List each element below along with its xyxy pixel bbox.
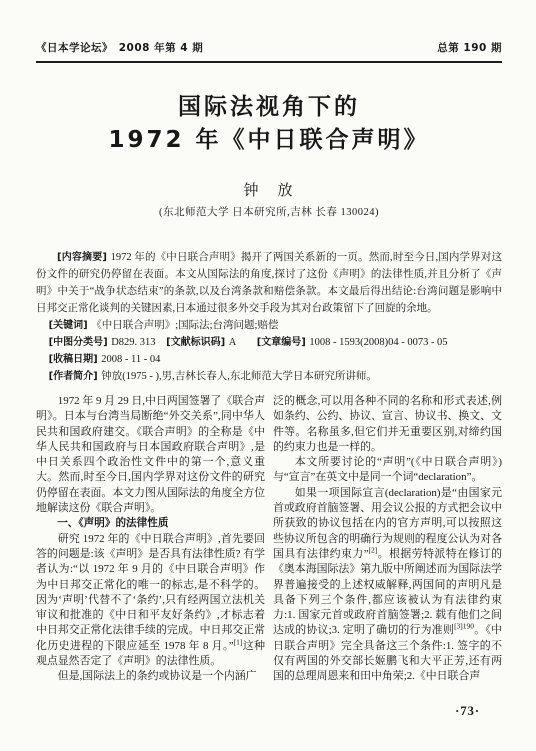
article-body: 1972 年 9 月 29 日,中日两国签署了《联合声明》。日本与台湾当局断绝“…: [36, 394, 502, 685]
field-label: [文章编号]: [257, 337, 310, 348]
body-left-column: 1972 年 9 月 29 日,中日两国签署了《联合声明》。日本与台湾当局断绝“…: [36, 394, 265, 685]
text-run: 《中日联合声明》;国际法;台湾问题;赔偿: [91, 320, 278, 331]
text-run: 本文所要讨论的“声明”(《中日联合声明》)与“宣言”在英文中是同一个词“decl…: [273, 456, 502, 483]
classification-line: [中图分类号] D829. 313 [文献标识码] A [文章编号] 1008 …: [36, 334, 502, 351]
field-label: [收稿日期]: [49, 354, 102, 365]
text-run: 研究 1972 年的《中日联合声明》,首先要回答的问题是:该《声明》是否具有法律…: [36, 533, 265, 652]
body-paragraph: 泛的概念,可以用各种不同的名称和形式表述,例如条约、公约、协议、宣言、协议书、换…: [273, 394, 502, 455]
body-paragraph: 如果一项国际宣言(declaration)是“由国家元首或政府首脑签署、用会议公…: [273, 486, 502, 685]
author-bio-line: [作者简介] 钟放(1975 - ),男,吉林长春人,东北师范大学日本研究所讲师…: [36, 368, 502, 385]
footnote-ref: [2]: [369, 545, 378, 554]
section-heading: 一、《声明》的法律性质: [36, 516, 265, 531]
body-paragraph: 但是,国际法上的条约或协议是一个内涵广: [36, 669, 265, 684]
issue-total-number: 总第 190 期: [437, 42, 502, 55]
received-date-line: [收稿日期] 2008 - 11 - 04: [36, 351, 502, 368]
journal-header: 《日本学论坛》 2008 年第 4 期 总第 190 期: [36, 42, 502, 55]
footnote-ref: [3]190: [454, 622, 474, 631]
title-line-2: 1972 年《中日联合声明》: [36, 124, 502, 157]
abstract-block: [内容摘要] 1972 年的《中日联合声明》揭开了两国关系新的一页。然而,时至今…: [36, 249, 502, 385]
header-divider: [36, 61, 502, 63]
field-label: [文献标识码]: [166, 337, 229, 348]
body-paragraph: 1972 年 9 月 29 日,中日两国签署了《联合声明》。日本与台湾当局断绝“…: [36, 394, 265, 516]
author-name: 钟 放: [36, 181, 502, 201]
text-run: 但是,国际法上的条约或协议是一个内涵广: [58, 670, 257, 682]
text-run: 一、《声明》的法律性质: [57, 517, 168, 529]
text-run: 钟放(1975 - ),男,吉林长春人,东北师范大学日本研究所讲师。: [101, 371, 377, 382]
field-label: [作者简介]: [49, 371, 102, 382]
abstract-line: [内容摘要] 1972 年的《中日联合声明》揭开了两国关系新的一页。然而,时至今…: [36, 249, 502, 317]
text-run: 2008 - 11 - 04: [101, 354, 160, 365]
text-run: 泛的概念,可以用各种不同的名称和形式表述,例如条约、公约、协议、宣言、协议书、换…: [273, 395, 502, 453]
body-paragraph: 本文所要讨论的“声明”(《中日联合声明》)与“宣言”在英文中是同一个词“decl…: [273, 455, 502, 486]
keywords-line: [关键词] 《中日联合声明》;国际法;台湾问题;赔偿: [36, 317, 502, 334]
text-run: 1008 - 1593(2008)04 - 0073 - 05: [309, 337, 447, 348]
field-label: [内容摘要]: [57, 252, 111, 263]
article-title: 国际法视角下的 1972 年《中日联合声明》: [36, 91, 502, 157]
journal-name-and-issue: 《日本学论坛》 2008 年第 4 期: [36, 42, 203, 55]
journal-page: 《日本学论坛》 2008 年第 4 期 总第 190 期 国际法视角下的 197…: [0, 0, 536, 751]
field-label: [关键词]: [49, 320, 92, 331]
author-affiliation: (东北师范大学 日本研究所,吉林 长春 130024): [36, 205, 502, 220]
body-paragraph: 研究 1972 年的《中日联合声明》,首先要回答的问题是:该《声明》是否具有法律…: [36, 532, 265, 670]
page-number: ·73·: [455, 704, 480, 719]
title-line-1: 国际法视角下的: [36, 91, 502, 124]
text-run: A: [229, 337, 257, 348]
field-label: [中图分类号]: [49, 337, 112, 348]
text-run: D829. 313: [111, 337, 166, 348]
body-right-column: 泛的概念,可以用各种不同的名称和形式表述,例如条约、公约、协议、宣言、协议书、换…: [273, 394, 502, 685]
text-run: 1972 年 9 月 29 日,中日两国签署了《联合声明》。日本与台湾当局断绝“…: [36, 395, 265, 514]
